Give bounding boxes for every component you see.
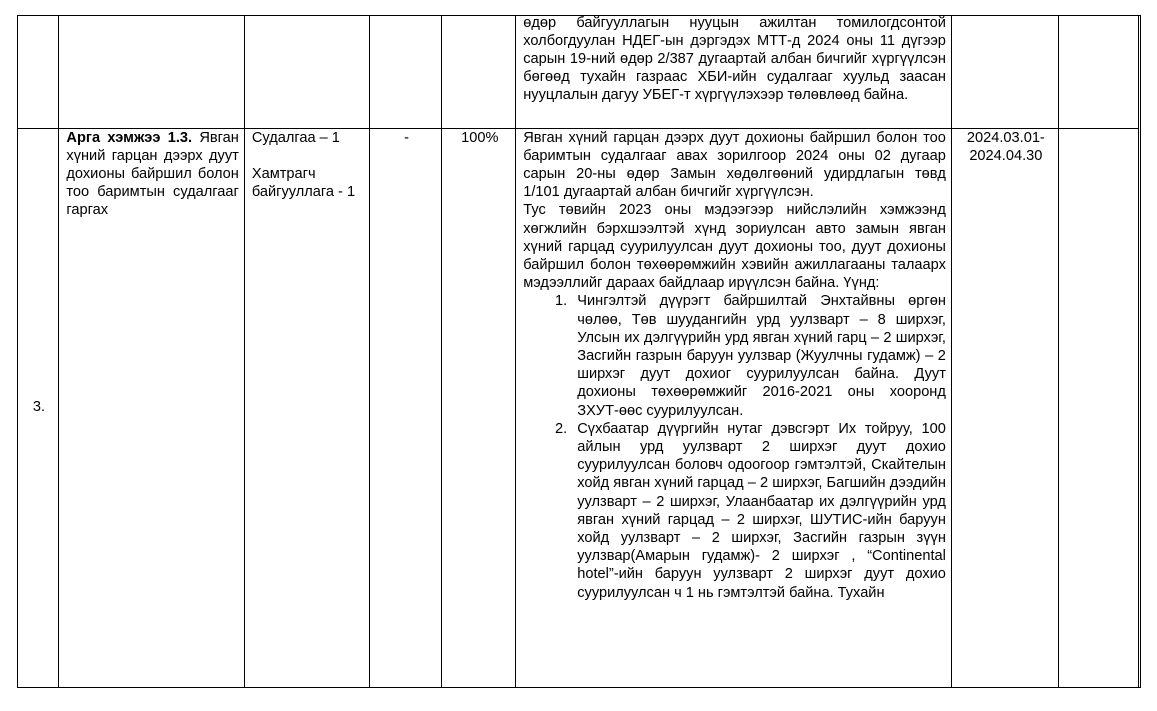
cell-report: өдөр байгууллагын нууцын ажилтан томилог…	[516, 15, 952, 128]
cell-report: Явган хүний гарцан дээрх дуут дохионы ба…	[516, 128, 952, 687]
output-line-1: Судалгаа – 1	[252, 129, 364, 147]
note-value	[1058, 128, 1138, 687]
report-text: өдөр байгууллагын нууцын ажилтан томилог…	[523, 16, 946, 105]
table-row-previous: өдөр байгууллагын нууцын ажилтан томилог…	[17, 15, 1138, 128]
cell-measure	[59, 15, 244, 128]
report-paragraph-2: Тус төвийн 2023 оны мэдээгээр нийслэлийн…	[523, 201, 946, 292]
cell-budget	[369, 15, 442, 128]
document-page: өдөр байгууллагын нууцын ажилтан томилог…	[17, 15, 1141, 688]
table-row-3: 3. Арга хэмжээ 1.3. Явган хүний гарцан д…	[17, 128, 1138, 687]
cell-output	[244, 15, 369, 128]
progress-value: 100%	[442, 128, 516, 687]
budget-value: -	[369, 128, 442, 687]
cell-progress	[442, 15, 516, 128]
action-plan-table: өдөр байгууллагын нууцын ажилтан томилог…	[17, 15, 1139, 688]
report-list-item: Сүхбаатар дүүргийн нутаг дэвсгэрт Их той…	[571, 420, 946, 602]
cell-period	[951, 15, 1058, 128]
period-value: 2024.03.01-2024.04.30	[951, 128, 1058, 687]
row-number: 3.	[17, 128, 59, 687]
cell-note	[1058, 15, 1138, 128]
report-paragraph-1: Явган хүний гарцан дээрх дуут дохионы ба…	[523, 129, 946, 202]
report-list-item: Чингэлтэй дүүрэгт байршилтай Энхтайвны ө…	[571, 292, 946, 419]
measure-title: Арга хэмжээ 1.3.	[66, 130, 192, 146]
cell-number	[17, 15, 59, 128]
cell-output: Судалгаа – 1 Хамтрагч байгууллага - 1	[244, 128, 369, 687]
output-line-2: Хамтрагч байгууллага - 1	[252, 165, 364, 201]
report-list: Чингэлтэй дүүрэгт байршилтай Энхтайвны ө…	[523, 292, 946, 601]
cell-measure: Арга хэмжээ 1.3. Явган хүний гарцан дээр…	[59, 128, 244, 687]
